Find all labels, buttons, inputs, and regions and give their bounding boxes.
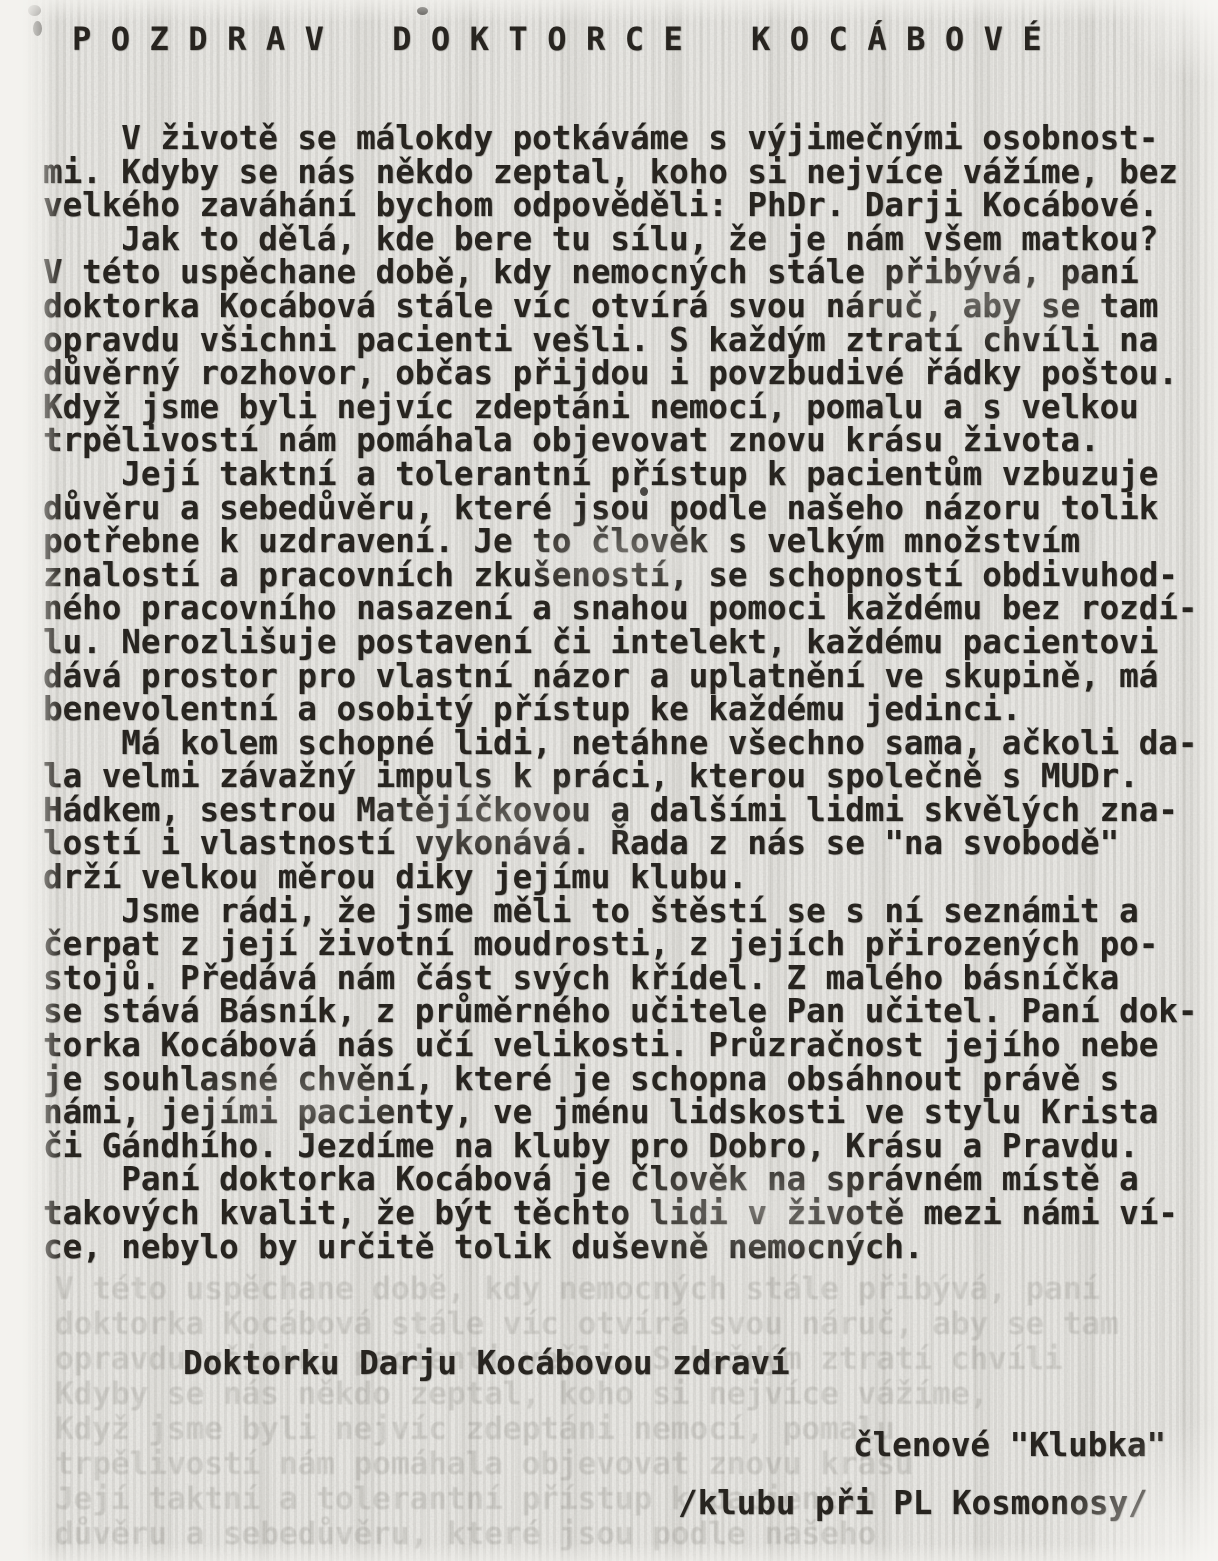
letter-page: V této uspěchane době, kdy nemocných stá…: [0, 0, 1218, 1561]
paper-edge-shading: [0, 0, 1218, 1561]
